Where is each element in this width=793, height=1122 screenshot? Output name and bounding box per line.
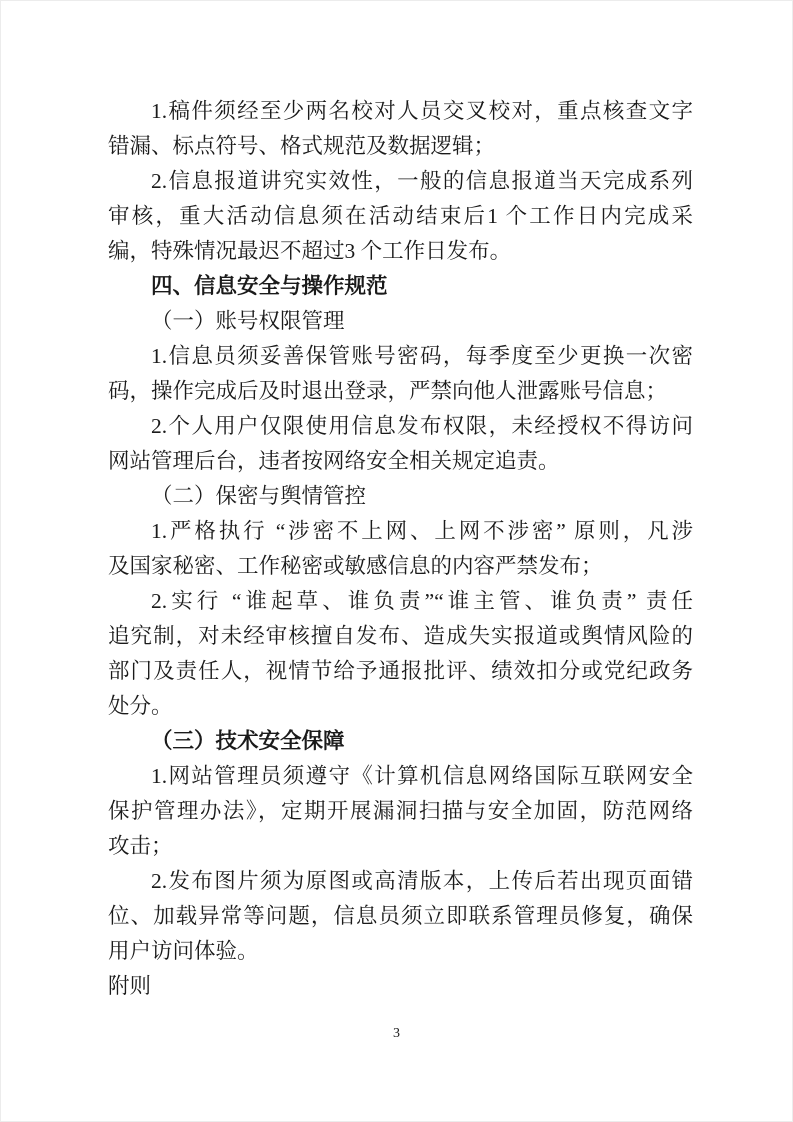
text-line: 用户访问体验。 [108, 934, 693, 969]
text-line: 1.信息员须妥善保管账号密码，每季度至少更换一次密 [108, 339, 693, 374]
text-line: 追究制，对未经审核擅自发布、造成失实报道或舆情风险的 [108, 619, 693, 654]
text-line: 编，特殊情况最迟不超过3 个工作日发布。 [108, 234, 693, 269]
text-line: （二）保密与舆情管控 [108, 479, 693, 514]
text-line: 网站管理后台，违者按网络安全相关规定追责。 [108, 444, 693, 479]
text-line: 2.信息报道讲究实效性，一般的信息报道当天完成系列 [108, 164, 693, 199]
text-line: 1.稿件须经至少两名校对人员交叉校对，重点核查文字 [108, 94, 693, 129]
text-line: 错漏、标点符号、格式规范及数据逻辑； [108, 129, 693, 164]
page-number: 3 [1, 1024, 792, 1044]
text-line: 攻击； [108, 829, 693, 864]
document-body: 1.稿件须经至少两名校对人员交叉校对，重点核查文字错漏、标点符号、格式规范及数据… [108, 94, 693, 1004]
text-line: 位、加载异常等问题，信息员须立即联系管理员修复，确保 [108, 899, 693, 934]
text-line: 及国家秘密、工作秘密或敏感信息的内容严禁发布； [108, 549, 693, 584]
text-line: 1.网站管理员须遵守《计算机信息网络国际互联网安全 [108, 759, 693, 794]
text-line: 2.个人用户仅限使用信息发布权限，未经授权不得访问 [108, 409, 693, 444]
text-line: 2.发布图片须为原图或高清版本，上传后若出现页面错 [108, 864, 693, 899]
text-line: （一）账号权限管理 [108, 304, 693, 339]
document-page: 1.稿件须经至少两名校对人员交叉校对，重点核查文字错漏、标点符号、格式规范及数据… [0, 0, 793, 1122]
text-line: 四、信息安全与操作规范 [108, 269, 693, 304]
text-line: 处分。 [108, 689, 693, 724]
text-line: 保护管理办法》，定期开展漏洞扫描与安全加固，防范网络 [108, 794, 693, 829]
text-line: 附则 [108, 969, 693, 1004]
text-line: 码，操作完成后及时退出登录，严禁向他人泄露账号信息； [108, 374, 693, 409]
text-line: （三）技术安全保障 [108, 724, 693, 759]
text-line: 部门及责任人，视情节给予通报批评、绩效扣分或党纪政务 [108, 654, 693, 689]
text-line: 2.实行 “谁起草、谁负责”“谁主管、谁负责” 责任 [108, 584, 693, 619]
text-line: 1.严格执行 “涉密不上网、上网不涉密” 原则，凡涉 [108, 514, 693, 549]
text-line: 审核，重大活动信息须在活动结束后1 个工作日内完成采 [108, 199, 693, 234]
